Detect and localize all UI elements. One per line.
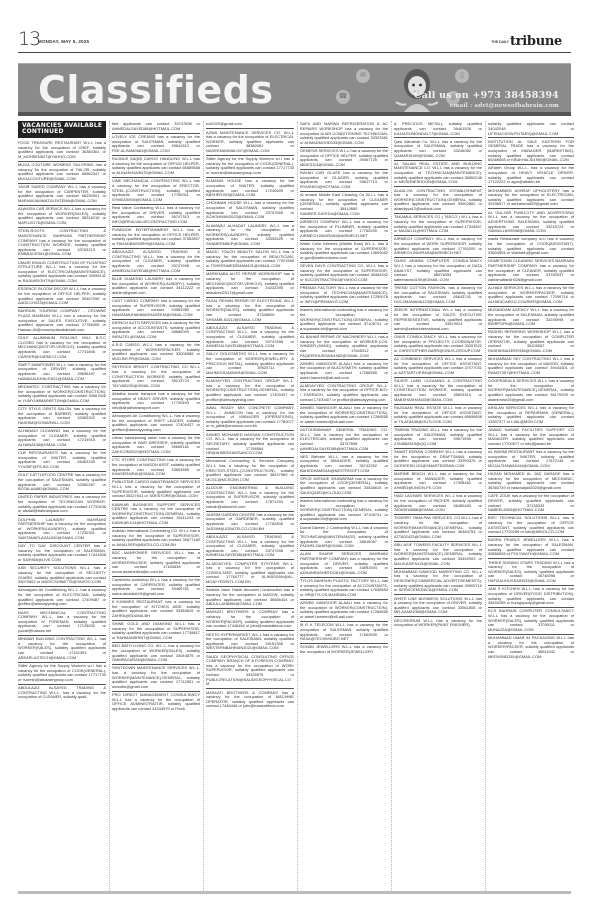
classified-ad: JASSIM GARDEN CENTRE has a vacancy for t… (206, 512, 294, 534)
header-divider (18, 52, 571, 53)
classified-ad: Al amace Middle East Cleaning Co W.L.L h… (300, 192, 388, 219)
classified-ad: AL GULZAR PUBLICITY AND ADVERTISING W.L.… (488, 209, 574, 236)
classified-ad: ESSENCE BLOOM DECOR W.L.L has a vacancy … (18, 286, 106, 308)
classified-ad: YASIR SAEED COMPANY W.L.L has a vacancy … (18, 184, 106, 206)
classified-ad: MARKHABA AUTO REPAIR WORKSHOP has a vaca… (206, 271, 294, 298)
classified-ad: ALMOAYYED CONTRACTING GROUP W.L.L. has a… (206, 378, 294, 405)
woman-illustration (390, 66, 444, 112)
classified-ad: LOVELY ICE CREAMS has a vacancy for the … (112, 134, 200, 156)
classified-ad: SWIFT MANPOWER W.L.L has a vacancy for t… (18, 362, 106, 384)
classified-ad: ZEBOR INTERNATIONAL W.L.L has a vacancy … (394, 307, 482, 334)
mobile-icon: ▯ (455, 69, 469, 83)
classified-ad: MEDNATEC CONTRACTING has a vacancy for t… (18, 384, 106, 406)
classified-ad: suitably qualified applicants can contac… (488, 121, 574, 138)
classified-ad: ABDULAZIZ ALSAYED TRADING & CONTRACTING … (112, 249, 200, 276)
classified-ad: NES Bahrain W.L.L has a vacancy for the … (300, 453, 388, 475)
classified-ad: wasfa Restaurant company w.l.l has a vac… (488, 236, 574, 258)
classified-ad: HASAN MOHAMED AL JAD GARAGE has a vacanc… (488, 471, 574, 493)
classified-ad: MUHAMMAD UMAR 94 PACKAGING W.L.L has a v… (488, 635, 574, 661)
classified-ad: AHMED MANSOOR ALAALI has a vacancy for t… (300, 405, 388, 427)
mail-icon: ✉ (356, 69, 370, 83)
classified-ad: ARSLAN SERVICES W.L.L has a vacancy for … (488, 405, 574, 427)
classified-ad: GOOPEDEALS SERVICES W.L.L has a vacancy … (488, 378, 574, 405)
classified-ad: NESTO HYPERMARKET W.L.L has a vacancy fo… (206, 631, 294, 653)
classified-ad: AL WASMI RESTAURANT has a vacancy for th… (488, 449, 574, 471)
column-divider (297, 121, 298, 891)
banner-title: Classifieds (38, 68, 273, 112)
classified-ad: JAM S KITCHEN W.L.L has a vacancy for th… (488, 586, 574, 608)
phone-icon: ☎ (336, 90, 350, 104)
classified-ad: RAYAH CAR GLASS has a vacancy for the oc… (300, 170, 388, 192)
classified-ad: ect2020@gmail.com (206, 121, 294, 129)
classified-ad: SHINE GOLD AND DIAMOND W.L.L has a vacan… (112, 621, 200, 643)
classified-ad: RAJGAAN REAL ESTATE W.L.L has a vacancy … (394, 405, 482, 427)
classified-ad: NASS MECHANICAL CONTRACTING COMPANY W.L.… (18, 609, 106, 636)
classified-ad: SALLY GOLDSMITHS W.L.L has a vacancy for… (206, 351, 294, 378)
classified-ad: ALAMWAJ ALHADAT LAUNDRY W.L.L has a vaca… (206, 222, 294, 249)
classified-ad: KAWKAB BUSINESS SUPPORT SERVICES CENTRE … (112, 501, 200, 528)
classified-ad: ABDULAZIZ ALSAYED TRADING & CONTRACTING … (18, 685, 106, 701)
classified-ad: AHMED MOHAMED HASSAN CONSTRUCTION CO. W.… (206, 431, 294, 458)
classified-ad: PRO DIRECT MANAGEMENT CONSULTANCY W.L.L … (112, 692, 200, 713)
page-date: MONDAY, MAY 5, 2025 (38, 39, 89, 44)
classified-ad: MOHAMMED ASHRAF UPHOLSTERY has a vacancy… (488, 187, 574, 209)
classified-ad: MARINE BEACH W.L.L has a vacancy for the… (394, 471, 482, 493)
classified-ad: Carafornia workshop W.L.L has a vacancy … (112, 577, 200, 599)
column-4: SAFA AND MARWA REFRIGERATION & AC REPAIR… (300, 121, 388, 656)
classified-ad: AWAL READY MIX CONCRETE COMPANY W.L.L - … (206, 405, 294, 432)
classified-ad: AHMED MANSOOR ALAALI has a vacancy for t… (300, 360, 388, 382)
column-divider (109, 121, 110, 891)
classified-ad: SAUDI GEOPHYSICAL CONSULTING OFFICE COMP… (206, 653, 294, 689)
classified-ad: SILVER LAND CLEANING & CONTRACTING W.L.L… (394, 378, 482, 405)
classified-ad: SHUTDOWN MAINTENANCE SERVICES W.L.L. has… (112, 665, 200, 692)
classified-ad: AZWA MAINTENANCE SERVICES CO. W.L.L has … (206, 129, 294, 156)
classified-ad: TREND COTTON FASHION. has a vacancy for … (394, 285, 482, 307)
classified-ad: PUBLISTAR CARGO MAINTENANCE SERVICES W.L… (112, 479, 200, 501)
classified-ad: fied applicants can contact 33747698 or … (112, 121, 200, 134)
classified-ad: TAKAMUL SERVICES CO ( TASCO ) W.L.L has … (394, 214, 482, 236)
classified-ad: BAHRAIN TOURISM COMPANY - CROWNE PLAZA B… (18, 308, 106, 335)
classified-ad: MUHAMMAD SKY CONTRACTING W.L.L has a vac… (488, 356, 574, 378)
classified-ad: CLB RESTAURANTS has a vacancy for the oc… (18, 450, 106, 472)
classified-ad: GULF ALUMINIUM ROLLING MILL B.S.C CLOSED… (18, 335, 106, 362)
classified-ad: AHMED MANSOOR ALAALI has a vacancy for t… (300, 600, 388, 622)
classified-ad: TIGERRY TANA PAK SERVICES. CO W.L.L has … (394, 515, 482, 542)
classified-ad: ALWASIA CAR SERVICE W.L.L has a vacancy … (18, 206, 106, 228)
page-header: 13 MONDAY, MAY 5, 2025 (18, 28, 290, 52)
classified-ad: BASRA PEARLS JEWELLERY W.L.L has a vacan… (488, 537, 574, 559)
classified-ad: MUGA COUTURE WOMENS TAILORING has a vaca… (18, 162, 106, 184)
classified-ad: Arabian International Contracting CO. W.… (112, 528, 200, 550)
classified-ad: THREE SHINING STARS TRADING W.L.L has a … (488, 559, 574, 586)
column-divider (203, 121, 204, 891)
classified-ad: TYLOS BAHRAIN PLASTIC FACTORY W.L.L has … (300, 578, 388, 600)
classified-ad: BIFC TECHNICAL SOLUTIONS W.L.L has a vac… (488, 515, 574, 537)
classified-ad: MAGIC TOUCH BEAUTY SALON W.L.L has a vac… (206, 249, 294, 271)
classified-ad: Stiller Agency for the Supply Workers w.… (18, 663, 106, 685)
classified-ad: UNITED PAPER INDUSTRIES has a vacancy fo… (18, 494, 106, 516)
classified-ad: A.R.D CARGO W.L.L has a vacancy for the … (112, 342, 200, 364)
classified-ad: ALDOOR ENGINEERING & BUILDING CONTRACTIN… (206, 485, 294, 512)
classified-ad: KCS BAHRAIN COMPUTER CONSULTANCY W.L.L h… (488, 608, 574, 635)
classified-ad: Alradha tourist transport has a vacancy … (112, 391, 200, 413)
classified-ad: FAZAL REHAN REPAIR OF ELECTRONIC W.L.L h… (206, 298, 294, 325)
classified-ad: Mechanical Contracting & Services Compan… (206, 458, 294, 485)
classified-ad: ABDULAZIZ ALSAYED TRADING & CONTRACTING … (206, 324, 294, 351)
classified-ad: AZ COMBINED SERVICES W.L.L has a vacancy… (394, 356, 482, 378)
banner-phone: Call us on +973 38458394 (414, 90, 559, 101)
classified-ad: Abdulla Jabor Habib Alnoaimi Constructio… (206, 587, 294, 609)
classified-ad: Stiller Agency for the Supply Workers w.… (206, 156, 294, 178)
classified-ad: MUHAMMAD DAWOOD MARKETING CO. W.L.L has … (394, 569, 482, 596)
classified-ad: ABDULAZIZ ALSAYED TRADING & CONTRACTING … (206, 534, 294, 561)
classified-ad: Almoayyed Air Conditioning W.L.L. has a … (18, 587, 106, 609)
classifieds-banner: Classifieds ✉ ☎ ▯ ◎ Call us on +973 3845… (18, 63, 571, 116)
classified-ad: Qasr Alshahab Co. W.L.L has a vacancy fo… (394, 138, 482, 160)
classified-ad: Urban hairdressing salon has a vacancy f… (112, 435, 200, 457)
classified-ad: leaders international contracting has a … (300, 307, 388, 334)
classified-ad: INSTITUTION AL SALE EASTERN FOR GENERAL … (488, 138, 574, 165)
classified-ad: DECORORUM W.L.L has a vacancy for the oc… (394, 617, 482, 629)
banner-email: email : advt@newsofbahrain.com (450, 103, 559, 109)
classified-ad: OASIS ARABIA COMPUTER CONSULTANCY W.L.L … (394, 258, 482, 285)
classified-ad: PREMAX FACTORY W.L.L has a vacancy for t… (300, 285, 388, 307)
column-3: ect2020@gmail.com AZWA MAINTENANCE SERVI… (206, 121, 294, 710)
column-1: VACANCIES AVAILABLE CONTINUED FOOD TREAS… (18, 121, 106, 701)
section-heading: VACANCIES AVAILABLE CONTINUED (18, 121, 106, 138)
classified-ad: INFINCH AUTO SERVICES has a vacancy for … (112, 320, 200, 342)
classified-ad: ALHADI SERVICES W.L.L has a vacancy for … (488, 285, 574, 307)
classified-ad: UMAIR KHALID CONSTRUCTION OF FLOATING ST… (18, 259, 106, 286)
classified-ad: BDC MANPOWER SERVICES W.L.L has a vacanc… (112, 550, 200, 577)
classified-ad: AUTODRAMMAR GENERAL TRADING CO. W.L.L. h… (300, 427, 388, 454)
footer-divider (18, 891, 571, 894)
column-6: suitably qualified applicants can contac… (488, 121, 574, 661)
classified-ad: & PRECIOUS METAL), suitably qualified ap… (394, 121, 482, 138)
classified-ad: DAY TO DAY DISCOUNT CENTER has a vacancy… (18, 543, 106, 565)
classified-ad: BED BATH LIVING CO. W.L.L. has a vacancy… (112, 643, 200, 665)
classified-ad: AL SALAM REAL ESTATE AND BUILDING MAINTE… (394, 161, 482, 188)
column-divider (391, 121, 392, 891)
classified-ad: TIMEMA TRADING W.L.L has a vacancy for t… (394, 427, 482, 449)
banner-bottom-bar (18, 112, 571, 116)
classified-ad: SAFA AND MARWA REFRIGERATION & AC REPAIR… (300, 121, 388, 148)
classified-ad: AIRMECH COMPANY W.L.L has a vacancy for … (394, 236, 482, 258)
column-divider (485, 121, 486, 891)
classified-ad: HADI LAGHARI SERVICES W.L.L has a vacanc… (394, 493, 482, 515)
classified-ad: MINWAH BUILDING CONTRACTING W.L.L. has a… (18, 636, 106, 663)
classified-ad: JAWAD NAWAB FACILITIES SUPPORT CO W.L.L … (488, 427, 574, 449)
classified-ad: CAFE ZOUK has a vacancy for the occupati… (488, 493, 574, 515)
classified-ad: Real Value Contracting W.L.L has a vacan… (112, 205, 200, 227)
classified-ad: RASHID REPAIRING WORKSHOP W.L.L has a va… (488, 329, 574, 356)
classified-ad: CHOHMAN HOUSE W.L.L has a vacancy for th… (206, 200, 294, 222)
classified-ad: MUSANDAM AGENCY W.L.L has a vacancy for … (488, 307, 574, 329)
classifieds-columns: VACANCIES AVAILABLE CONTINUED FOOD TREAS… (18, 121, 573, 891)
classified-ad: AIRMECH COMPANY W.L.L has a vacancy for … (300, 219, 388, 241)
classified-ad: AlFateh Group W.L.L. has a vacancy for t… (488, 165, 574, 187)
classified-ad: ASB SECURITY SOLUTIONS W.L.L has a vacan… (18, 565, 106, 587)
classified-ad: ALMOAYYED CONTRACTING GROUP W.L.L. has a… (300, 383, 388, 405)
classified-ad: ALHANADI CLEANING has a vacancy for the … (18, 428, 106, 450)
classified-ad: ALADLIYA CONTRACTING ESTABLISHMENT has a… (394, 187, 482, 214)
classified-ad: CAST CARGO COMPANY has a vacancy for the… (112, 298, 200, 320)
classified-ad: CTC STORE CONTRACTING has a vacancy for … (112, 457, 200, 479)
classified-ad: MASKATI BROTHERS & COMPANY has a vacancy… (206, 609, 294, 631)
classified-ad: Durrat Dareen 2 Contracting W.L.L has a … (300, 524, 388, 551)
classified-ad: HOMETOWN CLEANING SERVICES BAHRAINI PART… (488, 258, 574, 285)
classified-ad: VIME MECHANICAL CONTRACTING W.L.L has a … (112, 178, 200, 205)
classified-ad: leaders international contracting has a … (300, 498, 388, 525)
classified-ad: Water Color Interiors (Middle East) W.L.… (300, 241, 388, 263)
classified-ad: GULF CATTLEFOOD CENTRE has a vacancy for… (18, 472, 106, 494)
masthead-name: tribune (510, 34, 562, 49)
classified-ad: AL BAHAR REPAIR OF MACHINERY W.L.L has a… (300, 334, 388, 361)
classified-ad: FUNBOOK ENTERTAINMENT W.L.L has a vacanc… (112, 227, 200, 249)
classified-ad: SKYROCK BRIGHT CONTRACTING CO W.L.L has … (112, 364, 200, 391)
classified-ad: GENESIS SERVICES W.L.L has a vacancy for… (300, 148, 388, 170)
classified-ad: ALMANDI HOUSE has a vacancy for the occu… (206, 178, 294, 200)
classified-ad: SEVEN DAYS CONTRACTING CO. W.L.L has a v… (300, 263, 388, 285)
masthead-small-text: THE DAILY (491, 40, 509, 44)
classified-ad: M R K TELECOM W.L.L has a vacancy for th… (300, 622, 388, 644)
classified-ad: SPICE AVENUE SHAWARMA has a vacancy for … (300, 476, 388, 498)
classified-ad: MASKATI BROTHERS & COMPANY has a vacancy… (206, 689, 294, 710)
classified-ad: STEELROOTS CONTRACTING & MAINTENANCE BAH… (18, 228, 106, 259)
classified-ad: AL-MOAYYED COMPUTER SYSTEMS W.L.L. has a… (206, 560, 294, 587)
classified-ad: Almoayyed Air Conditioning W.L.L. has a … (112, 413, 200, 435)
masthead-logo: THE DAILYtribune (491, 34, 562, 49)
classified-ad: SOHAN JEWELLERS W.L.L has a vacancy for … (300, 644, 388, 656)
classified-ad: BLUE DIAMOND LAUNDRY has a vacancy for t… (112, 276, 200, 298)
classified-ad: ALAM SHARIF SERVICES BAHRAINI PARTNERSHI… (300, 551, 388, 578)
classified-ad: K.YUMMIES RESTAURANT has a vacancy for t… (112, 599, 200, 621)
classified-ad: ONUS CONSULTANCY. W.L.L has a vacancy fo… (394, 334, 482, 356)
classified-ad: ABU ASIF TOWERS FACILITY SERVICES W.L.L … (394, 542, 482, 569)
column-5: & PRECIOUS METAL), suitably qualified ap… (394, 121, 482, 629)
classified-ad: WHITE LINE BUSINESS SOLUTIONS W.L.L has … (394, 595, 482, 617)
classified-ad: CITY STYLE GENTS SALON. has a vacancy fo… (18, 406, 106, 428)
classified-ad: SMART EDRAW COMPANY W.L.L has a vacancy … (394, 449, 482, 471)
column-2: fied applicants can contact 33747698 or … (112, 121, 200, 713)
classified-ad: RAJMUS SAQIB CARGO HANDLING W.L.L has a … (112, 156, 200, 178)
classified-ad: DOLPHIN LAUNDRY - BAHRAINI PARTNERSHIP h… (18, 516, 106, 543)
page-number: 13 (18, 28, 40, 50)
classified-ad: FOOD TREASURE RESTAURANT W.L.L has a vac… (18, 140, 106, 162)
